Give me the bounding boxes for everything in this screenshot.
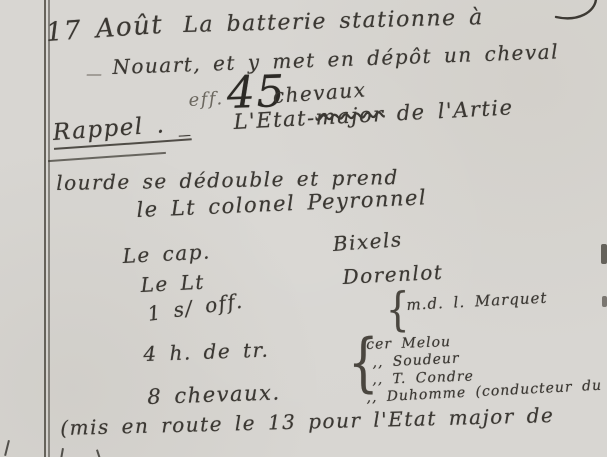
- rappel-underline: [48, 152, 166, 162]
- entry-heading-line: La batterie stationne à: [183, 5, 484, 38]
- effectif-label: eff.: [188, 88, 224, 111]
- roster-lieutenant-label: Le Lt: [140, 270, 205, 297]
- troupe-name-1: cer Melou: [366, 334, 451, 353]
- roster-troupe-label: 4 h. de tr.: [143, 338, 270, 366]
- margin-rule-inner: [48, 0, 50, 457]
- journal-scan-page: 17 Août La batterie stationne à — Nouart…: [0, 0, 607, 457]
- troupe-name-2: ,, Soudeur: [372, 350, 460, 371]
- pencil-dash: —: [86, 64, 104, 83]
- margin-rule-outer: [44, 0, 46, 457]
- entry-location-line: Nouart, et y met en dépôt un cheval: [112, 39, 559, 79]
- roster-capitaine-name: Bixels: [332, 227, 403, 256]
- ink-fragment: [4, 440, 10, 456]
- pen-flourish-stroke: [548, 0, 600, 28]
- rappel-heading-scribbled-word: major: [315, 102, 385, 130]
- roster-capitaine-label: Le cap.: [122, 239, 211, 268]
- rappel-heading-part3: de l'Artie: [384, 95, 514, 126]
- ink-speck: [601, 244, 607, 264]
- ink-fragment: [96, 449, 100, 457]
- roster-chevaux-label: 8 chevaux.: [147, 380, 281, 409]
- roster-sousofficier-name: m.d. l. Marquet: [406, 289, 548, 314]
- rappel-label: Rappel . _: [52, 110, 192, 150]
- entry-date: 17 Août: [45, 10, 164, 48]
- entry-footer-line: (mis en route le 13 pour l'Etat major de: [60, 403, 555, 440]
- ink-fragment: [60, 448, 64, 457]
- rappel-heading-part1: L'Etat-: [233, 106, 316, 134]
- ink-speck: [602, 296, 607, 307]
